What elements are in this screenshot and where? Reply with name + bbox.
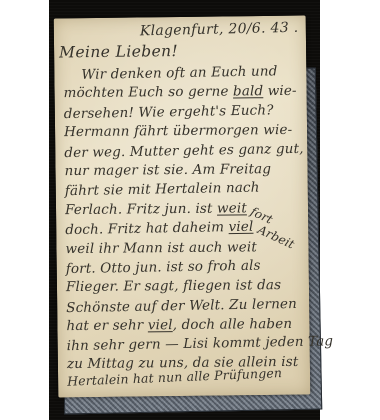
text-segment: Flieger. Er sagt, fliegen ist das xyxy=(66,277,281,295)
text-segment: hat er sehr xyxy=(66,317,148,334)
text-segment: fort. Otto jun. ist so froh als xyxy=(66,257,261,277)
underlined-word: bald xyxy=(233,84,263,100)
photo-backdrop: Klagenfurt, 20/6. 43 . Meine Lieben! Wir… xyxy=(49,0,320,420)
text-segment: ihn sehr gern — Lisi kommt jeden Tag xyxy=(67,334,334,355)
text-segment: der weg. Mutter geht es ganz gut, xyxy=(64,140,304,160)
dateline: Klagenfurt, 20/6. 43 . xyxy=(140,20,299,40)
text-segment: Ferlach. Fritz jun. ist xyxy=(65,200,217,217)
scan-page: Klagenfurt, 20/6. 43 . Meine Lieben! Wir… xyxy=(0,0,380,420)
text-segment: weil ihr Mann ist auch weit xyxy=(65,239,257,257)
text-segment: möchten Euch so gerne xyxy=(64,84,234,102)
handwritten-line: doch. Fritz hat daheim viel Arbeit xyxy=(65,217,303,241)
handwritten-line: Hermann fährt übermorgen wie- xyxy=(64,121,302,143)
text-segment: nur mager ist sie. Am Freitag xyxy=(64,161,271,179)
underlined-word: weit xyxy=(217,200,247,216)
underlined-word: viel xyxy=(228,219,253,235)
text-segment: dersehen! Wie ergeht's Euch? xyxy=(64,102,274,122)
salutation: Meine Lieben! xyxy=(59,42,178,61)
text-segment: fährt sie mit Hertalein nach xyxy=(65,180,260,200)
text-segment: wie- xyxy=(263,83,297,99)
text-segment: Wir denken oft an Euch und xyxy=(81,63,277,83)
postcard-paper: Klagenfurt, 20/6. 43 . Meine Lieben! Wir… xyxy=(54,15,311,397)
text-segment: Schönste auf der Welt. Zu lernen xyxy=(66,296,297,316)
letter-body: Wir denken oft an Euch undmöchten Euch s… xyxy=(63,63,305,389)
underlined-word: viel xyxy=(148,317,173,333)
text-segment: doch. Fritz hat daheim xyxy=(65,219,229,238)
text-segment: Hermann fährt übermorgen wie- xyxy=(64,122,292,140)
text-segment: , doch alle haben xyxy=(173,316,293,333)
